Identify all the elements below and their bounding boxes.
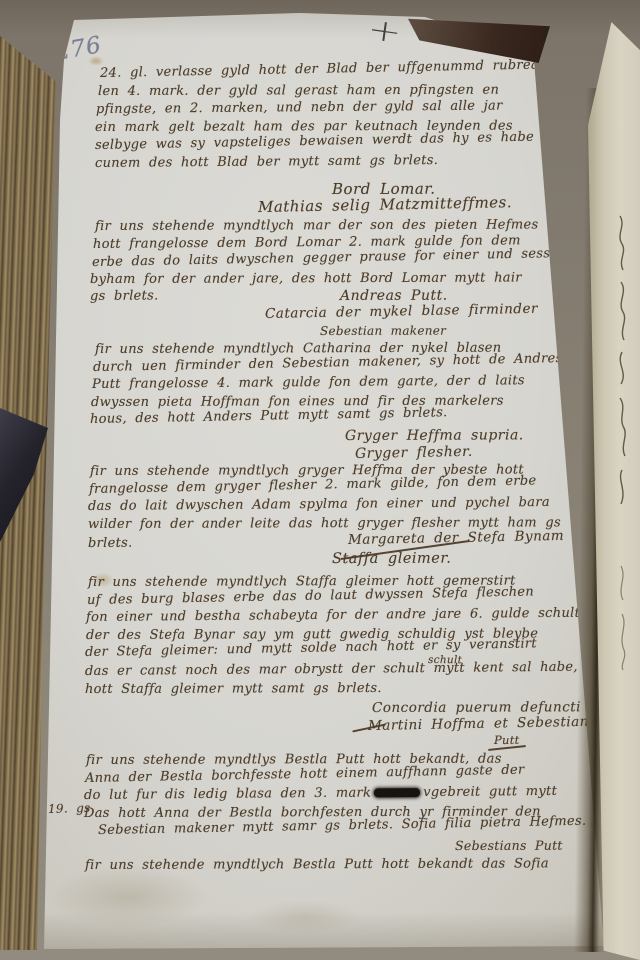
photo-backdrop: { "colors": { "ink": "#4c3c29", "paper":… bbox=[0, 0, 640, 960]
facing-page-text bbox=[614, 562, 632, 672]
manuscript-line: hott Staffa gleimer mytt samt gs brlets. bbox=[85, 681, 382, 697]
entry-heading: Staffa gleimer. bbox=[332, 551, 451, 567]
cross-mark: + bbox=[365, 12, 403, 51]
entry-heading: Putt bbox=[494, 733, 520, 747]
stain bbox=[250, 900, 360, 934]
entry-heading: Concordia puerum defuncti bbox=[372, 699, 581, 716]
entry-heading: Gryger Heffma supria. bbox=[345, 427, 524, 444]
manuscript-line: cunem des hott Blad ber mytt samt gs brl… bbox=[95, 153, 438, 171]
manuscript-line: fir uns stehende myndtlych Bestla Putt h… bbox=[85, 856, 549, 873]
signature: Sebestians Putt bbox=[455, 838, 563, 853]
manuscript-line: byham for der ander jare, des hott Bord … bbox=[90, 270, 522, 287]
entry-heading: Gryger flesher. bbox=[355, 444, 473, 462]
manuscript-line: len 4. mark. der gyld sal gerast ham en … bbox=[98, 83, 499, 99]
censored-line-after: vgebreit gutt mytt bbox=[423, 784, 557, 800]
stain bbox=[48, 866, 208, 928]
ink-blot bbox=[374, 788, 420, 797]
manuscript-line: gs brlets. bbox=[90, 288, 159, 304]
facing-page-text bbox=[612, 212, 634, 512]
manuscript-line: fir uns stehende myndtlych mar der son d… bbox=[95, 217, 539, 234]
entry-heading: Sebestian makener bbox=[320, 324, 446, 338]
censored-line-before: do lut fur dis ledig blasa den 3. mark bbox=[84, 785, 371, 803]
manuscript-page: 276 + 24. gl. verlasse gyld hott der Bla… bbox=[0, 0, 640, 960]
entry-heading: Andreas Putt. bbox=[340, 288, 448, 304]
manuscript-line: brlets. bbox=[88, 536, 133, 551]
